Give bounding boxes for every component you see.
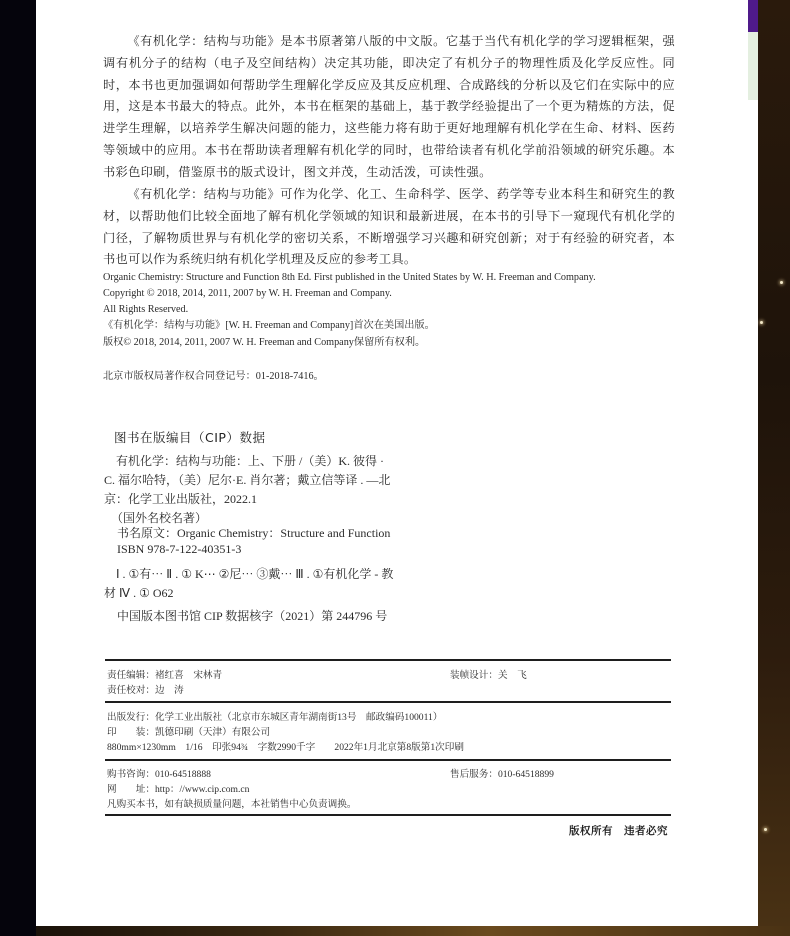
divider xyxy=(105,701,671,703)
copyright-line-1: Organic Chemistry: Structure and Functio… xyxy=(103,270,596,287)
purchase-hotline: 购书咨询：010-64518888 xyxy=(107,767,211,782)
divider xyxy=(105,759,671,761)
after-sales-hotline: 售后服务：010-64518899 xyxy=(450,767,554,782)
purple-tab xyxy=(748,0,758,32)
green-tab xyxy=(748,32,758,100)
page-edge xyxy=(748,100,758,926)
copyright-line-3: All Rights Reserved. xyxy=(103,302,188,319)
star-sparkle-icon xyxy=(760,321,763,324)
credit-designer: 装帧设计：关 飞 xyxy=(450,668,527,683)
replacement-notice: 凡购买本书，如有缺损质量问题，本社销售中心负责调换。 xyxy=(107,797,356,812)
print-specs: 880mm×1230mm 1/16 印张94¾ 字数2990千字 2022年1月… xyxy=(107,740,464,755)
cip-classification: Ⅰ . ①有⋯ Ⅱ . ① K⋯ ②尼⋯ ③戴⋯ Ⅲ . ①有机化学 - 教材 … xyxy=(104,565,396,603)
right-background xyxy=(758,0,790,936)
all-rights-reserved: 版权所有 违者必究 xyxy=(569,823,668,838)
divider xyxy=(105,659,671,661)
copyright-line-5: 版权© 2018, 2014, 2011, 2007 W. H. Freeman… xyxy=(103,335,425,352)
copyright-line-4: 《有机化学：结构与功能》[W. H. Freeman and Company]首… xyxy=(103,318,435,335)
credit-editor: 责任编辑：褚红喜 宋林青 xyxy=(107,668,222,683)
star-sparkle-icon xyxy=(780,281,783,284)
printer-info: 印 装：凯德印刷（天津）有限公司 xyxy=(107,725,270,740)
star-sparkle-icon xyxy=(764,828,767,831)
intro-paragraph-1: 《有机化学：结构与功能》是本书原著第八版的中文版。它基于当代有机化学的学习逻辑框… xyxy=(103,31,675,184)
credit-proofreader: 责任校对：边 涛 xyxy=(107,683,184,698)
registration-number: 北京市版权局著作权合同登记号：01-2018-7416。 xyxy=(103,369,324,386)
cip-title: 图书在版编目（CIP）数据 xyxy=(114,428,265,446)
cip-number: 中国版本图书馆 CIP 数据核字（2021）第 244796 号 xyxy=(117,607,387,624)
cip-original-title: 书名原文：Organic Chemistry：Structure and Fun… xyxy=(117,524,390,541)
cip-entry: 有机化学：结构与功能：上、下册 /（美）K. 彼得 · C. 福尔哈特，（美）尼… xyxy=(104,452,396,509)
cip-isbn: ISBN 978-7-122-40351-3 xyxy=(117,542,241,557)
bottom-background xyxy=(36,926,790,936)
divider xyxy=(105,814,671,816)
publisher-info: 出版发行：化学工业出版社（北京市东城区青年湖南街13号 邮政编码100011） xyxy=(107,710,442,725)
website-link: 网 址：http：//www.cip.com.cn xyxy=(107,782,249,797)
copyright-line-2: Copyright © 2018, 2014, 2011, 2007 by W.… xyxy=(103,286,392,303)
intro-paragraph-2: 《有机化学：结构与功能》可作为化学、化工、生命科学、医学、药学等专业本科生和研究… xyxy=(103,184,675,271)
